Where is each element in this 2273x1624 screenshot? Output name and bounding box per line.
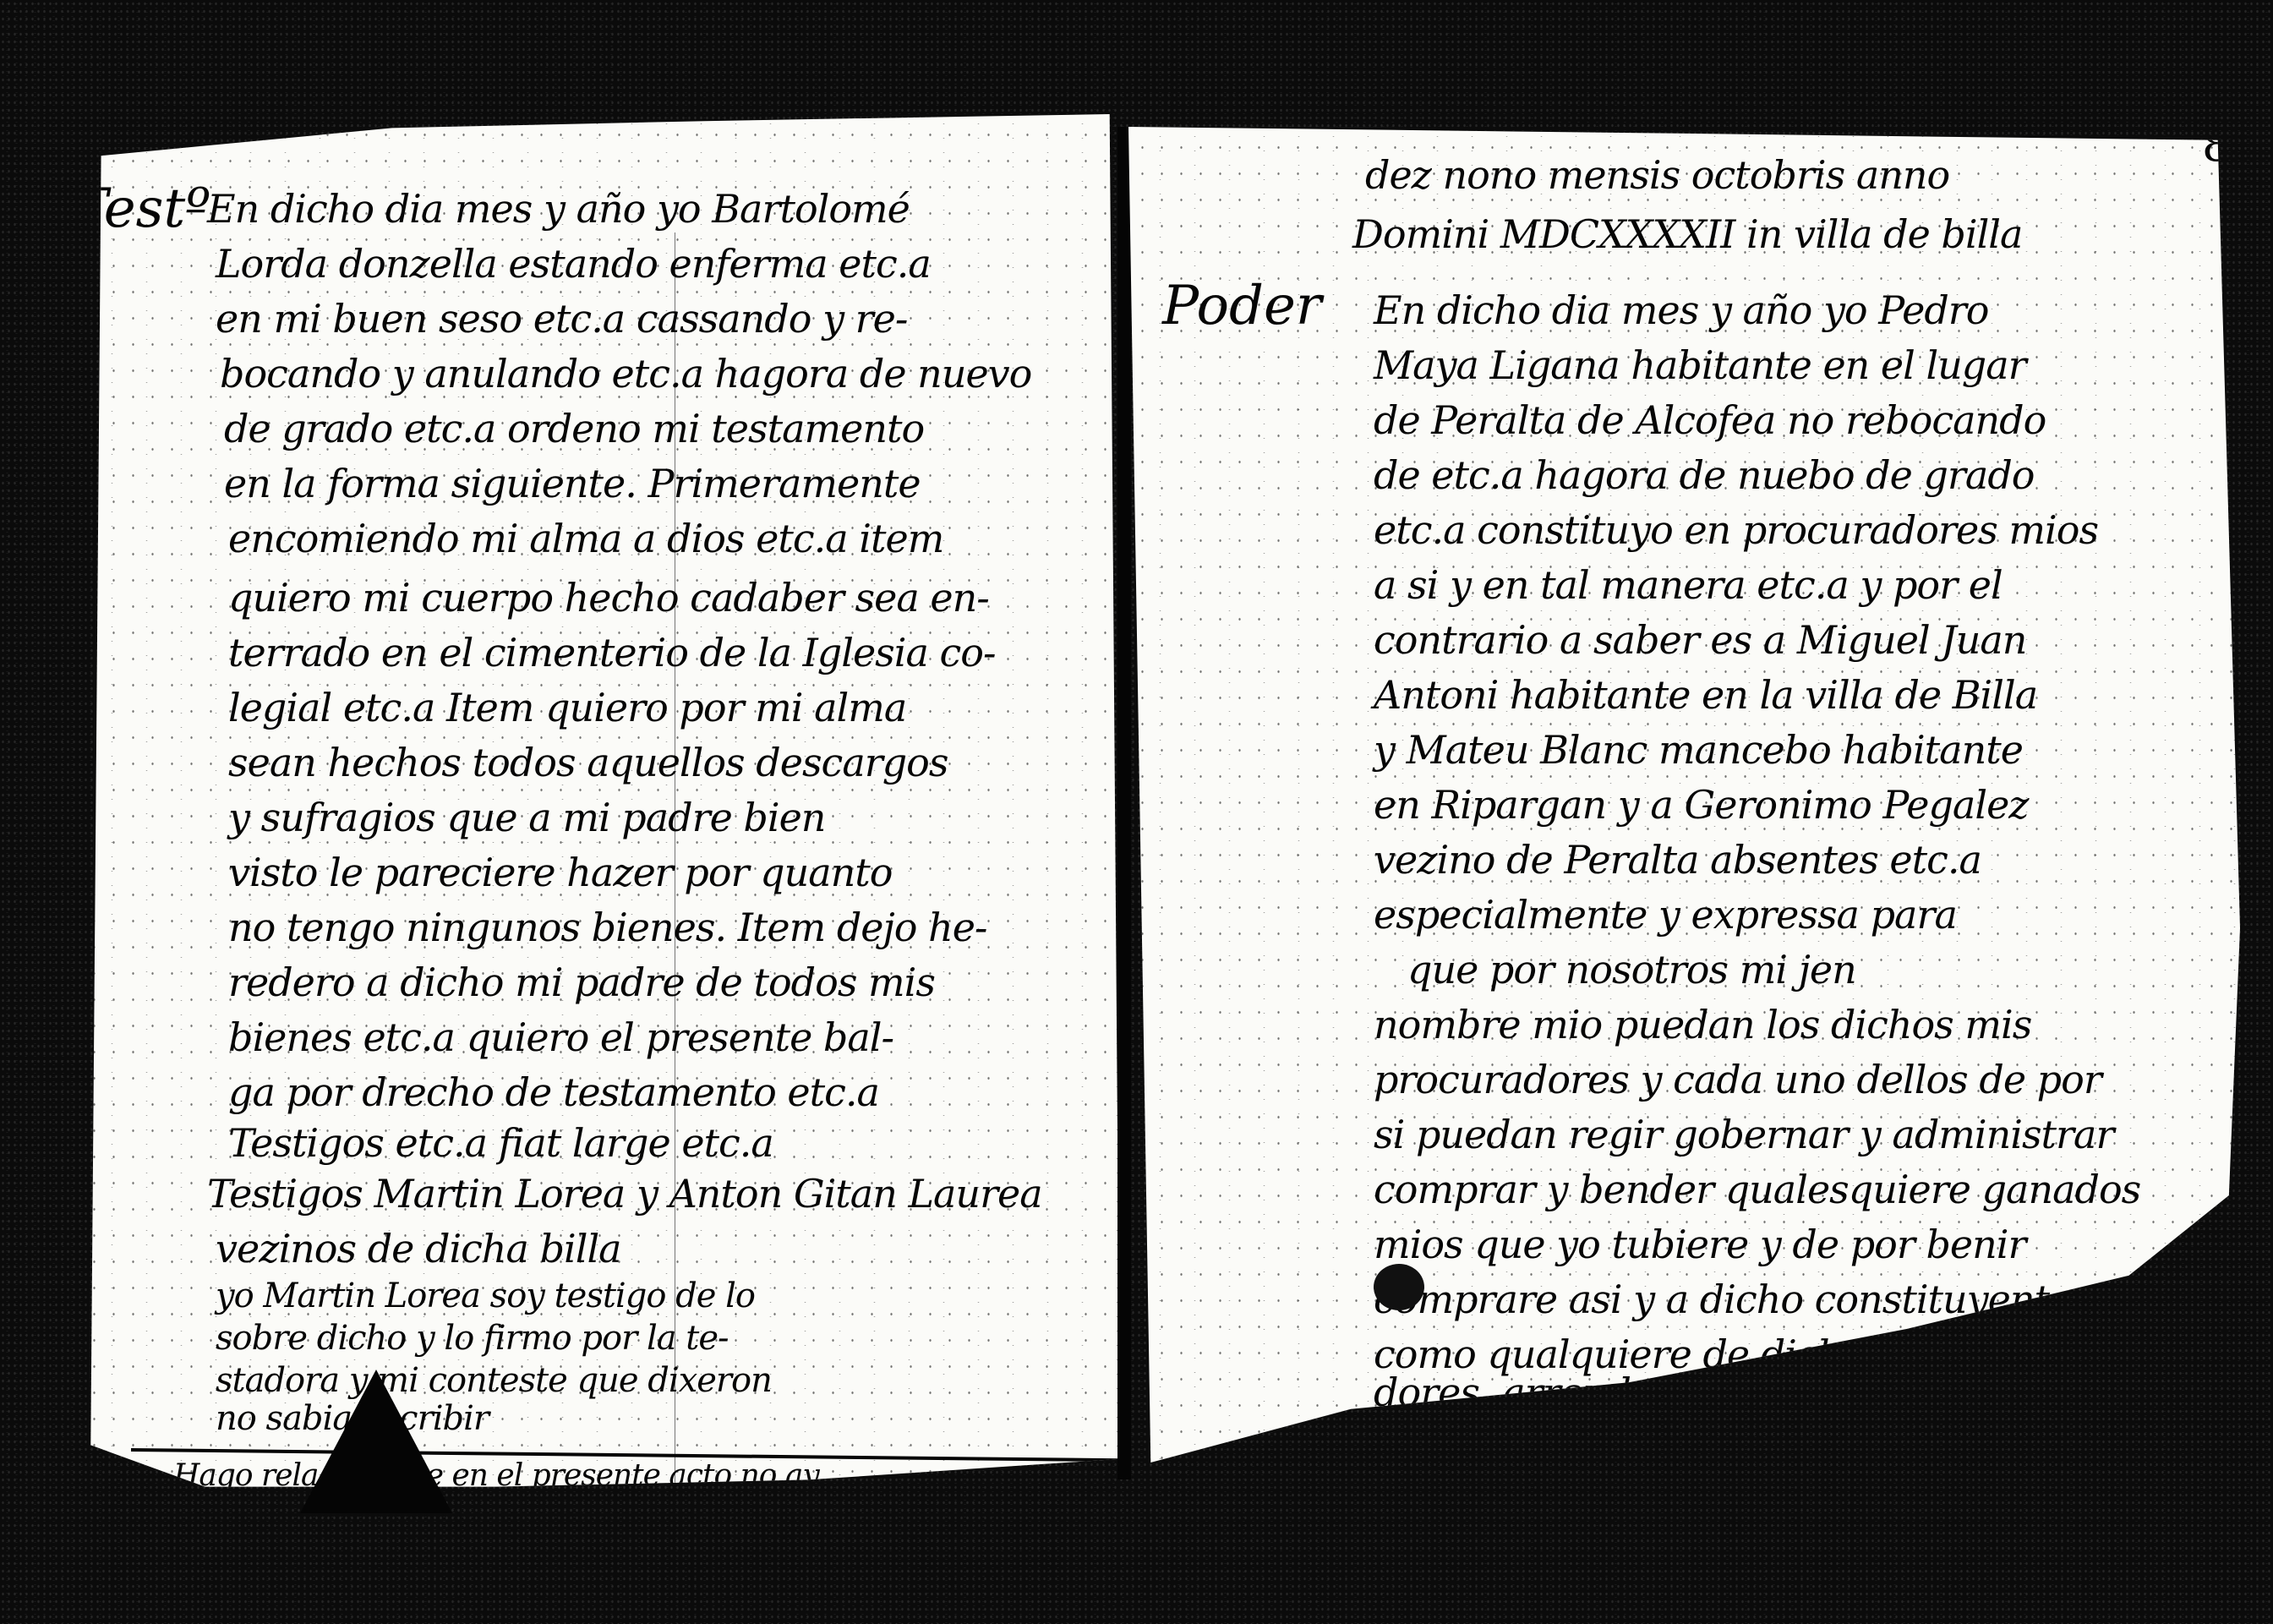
manuscript-line: redero a dicho mi padre de todos mis xyxy=(228,960,935,1005)
manuscript-line: ga por drecho de testamento etc.a xyxy=(228,1069,879,1115)
manuscript-line: en la forma siguiente. Primeramente xyxy=(224,461,921,506)
manuscript-line: terrado en el cimenterio de la Iglesia c… xyxy=(228,630,996,675)
manuscript-line: y sufragios que a mi padre bien xyxy=(228,795,825,840)
manuscript-line: Testigos Martin Lorea y Anton Gitan Laur… xyxy=(207,1171,1042,1217)
manuscript-line: mios que yo tubiere y de por benir xyxy=(1374,1222,2025,1267)
manuscript-line: contrario a saber es a Miguel Juan xyxy=(1374,617,2026,663)
book-gutter xyxy=(1117,127,1131,1479)
page-fold-shadow xyxy=(300,1370,452,1513)
manuscript-line: encomiendo mi alma a dios etc.a item xyxy=(228,516,943,561)
manuscript-line: y Mateu Blanc mancebo habitante xyxy=(1374,727,2023,773)
manuscript-line: nombre mio puedan los dichos mis xyxy=(1374,1002,2031,1047)
signature-line: stadora y mi conteste que dixeron xyxy=(216,1361,772,1400)
manuscript-line: especialmente y expressa para xyxy=(1374,892,1957,938)
manuscript-line: procuradores y cada uno dellos de por xyxy=(1374,1057,2101,1102)
manuscript-line: vezinos de dicha billa xyxy=(216,1226,621,1271)
ink-blot xyxy=(1374,1264,1424,1310)
manuscript-line: a si y en tal manera etc.a y por el xyxy=(1374,562,2003,608)
manuscript-line: vezino de Peralta absentes etc.a xyxy=(1374,837,1981,883)
manuscript-line: de Peralta de Alcofea no rebocando xyxy=(1374,397,2046,443)
manuscript-line: comprar y bender qualesquiere ganados xyxy=(1374,1167,2140,1212)
header-line: dez nono mensis octobris anno xyxy=(1365,152,1949,198)
manuscript-line: legial etc.a Item quiero por mi alma xyxy=(228,685,906,730)
manuscript-line: en Ripargan y a Geronimo Pegalez xyxy=(1374,782,2029,828)
manuscript-line: En dicho dia mes y año yo Bartolomé xyxy=(207,186,910,232)
manuscript-line: de grado etc.a ordeno mi testamento xyxy=(224,406,924,451)
header-line: Domini MDCXXXXII in villa de billa xyxy=(1352,211,2022,257)
manuscript-line: sean hechos todos aquellos descargos xyxy=(228,740,948,785)
margin-note-poder: Poder xyxy=(1162,275,1321,337)
signature-line: sobre dicho y lo firmo por la te- xyxy=(216,1319,729,1358)
manuscript-line: en mi buen seso etc.a cassando y re- xyxy=(216,296,907,342)
manuscript-line: que por nosotros mi jen xyxy=(1407,947,1856,992)
manuscript-line: bienes etc.a quiero el presente bal- xyxy=(228,1014,893,1060)
manuscript-line: quiero mi cuerpo hecho cadaber sea en- xyxy=(228,575,989,621)
manuscript-line: Testigos etc.a fiat large etc.a xyxy=(228,1120,773,1166)
signature-line: yo Martin Lorea soy testigo de lo xyxy=(216,1277,755,1315)
manuscript-line: Maya Ligana habitante en el lugar xyxy=(1374,342,2026,388)
manuscript-line: visto le pareciere hazer por quanto xyxy=(228,850,892,895)
manuscript-line: En dicho dia mes y año yo Pedro xyxy=(1374,287,1988,333)
manuscript-line: si puedan regir gobernar y administrar xyxy=(1374,1112,2113,1157)
manuscript-line: etc.a constituyo en procuradores mios xyxy=(1374,507,2098,553)
right-page: 82 dez nono mensis octobris anno Domini … xyxy=(1128,127,2240,1463)
left-page: Testº En dicho dia mes y año yo Bartolom… xyxy=(80,114,1120,1501)
manuscript-line: Lorda donzella estando enferma etc.a xyxy=(216,241,931,287)
manuscript-line: de etc.a hagora de nuebo de grado xyxy=(1374,452,2034,498)
manuscript-line: Antoni habitante en la villa de Billa xyxy=(1374,672,2037,718)
manuscript-line: bocando y anulando etc.a hagora de nuevo xyxy=(220,351,1031,396)
manuscript-line: no tengo ningunos bienes. Item dejo he- xyxy=(228,905,986,950)
